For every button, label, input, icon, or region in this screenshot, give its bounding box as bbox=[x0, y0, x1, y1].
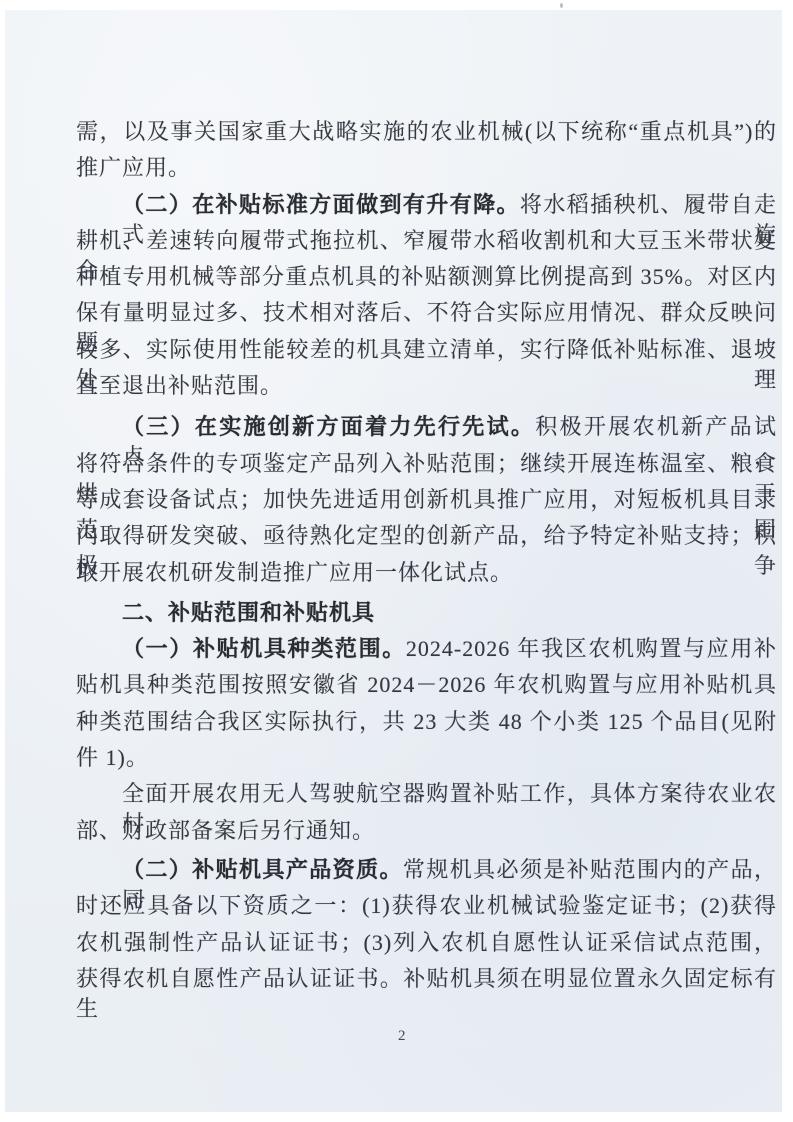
scan-artifact bbox=[560, 3, 563, 8]
text-line: 将符合条件的专项鉴定产品列入补贴范围；继续开展连栋温室、粮食烘干 bbox=[76, 449, 777, 485]
section-heading: （二）在补贴标准方面做到有升有降。 bbox=[122, 192, 520, 217]
scan-artifact bbox=[750, 898, 754, 901]
text-line: 耕机、差速转向履带式拖拉机、窄履带水稻收割机和大豆玉米带状复合 bbox=[76, 226, 777, 262]
line-text: 件 1)。 bbox=[76, 745, 149, 770]
text-line: （三）在实施创新方面着力先行先试。积极开展农机新产品试点， bbox=[76, 412, 777, 448]
text-line: 获得农机自愿性产品认证证书。补贴机具须在明显位置永久固定标有生 bbox=[76, 964, 777, 1000]
scan-frame: 需，以及事关国家重大战略实施的农业机械(以下统称“重点机具”)的推广应用。（二）… bbox=[0, 0, 793, 1122]
line-text: 农机强制性产品认证证书；(3)列入农机自愿性认证采信试点范围， bbox=[76, 930, 777, 955]
text-line: 种植专用机械等部分重点机具的补贴额测算比例提高到 35%。对区内 bbox=[76, 262, 777, 298]
line-text: 2024-2026 年我区农机购置与应用补 bbox=[406, 636, 777, 661]
text-line: 农机强制性产品认证证书；(3)列入农机自愿性认证采信试点范围， bbox=[76, 928, 777, 964]
page-number: 2 bbox=[398, 1028, 406, 1045]
line-text: 种植专用机械等部分重点机具的补贴额测算比例提高到 35%。对区内 bbox=[76, 264, 777, 289]
text-line: 需，以及事关国家重大战略实施的农业机械(以下统称“重点机具”)的 bbox=[76, 117, 777, 153]
document-page: 需，以及事关国家重大战略实施的农业机械(以下统称“重点机具”)的推广应用。（二）… bbox=[5, 10, 782, 1112]
section-heading: （一）补贴机具种类范围。 bbox=[122, 636, 406, 661]
text-line: （二）在补贴标准方面做到有升有降。将水稻插秧机、履带自走式旋 bbox=[76, 190, 777, 226]
text-line: 时还应具备以下资质之一：(1)获得农业机械试验鉴定证书；(2)获得 bbox=[76, 891, 777, 927]
line-text: 直至退出补贴范围。 bbox=[76, 373, 283, 398]
section-heading: 二、补贴范围和补贴机具 bbox=[122, 600, 375, 625]
text-line: 种类范围结合我区实际执行，共 23 大类 48 个小类 125 个品目(见附 bbox=[76, 707, 777, 743]
text-line: 部、财政部备案后另行通知。 bbox=[76, 816, 777, 852]
text-line: 推广应用。 bbox=[76, 153, 777, 189]
text-line: 内取得研发突破、亟待熟化定型的创新产品，给予特定补贴支持；积极争 bbox=[76, 521, 777, 557]
line-text: 取开展农机研发制造推广应用一体化试点。 bbox=[76, 560, 513, 585]
text-line: （一）补贴机具种类范围。2024-2026 年我区农机购置与应用补 bbox=[76, 634, 777, 670]
section-heading: （三）在实施创新方面着力先行先试。 bbox=[122, 414, 535, 439]
text-line: （二）补贴机具产品资质。常规机具必须是补贴范围内的产品，同 bbox=[76, 855, 777, 891]
document-body: 需，以及事关国家重大战略实施的农业机械(以下统称“重点机具”)的推广应用。（二）… bbox=[76, 117, 777, 1000]
section-heading: （二）补贴机具产品资质。 bbox=[122, 857, 403, 882]
text-line: 贴机具种类范围按照安徽省 2024－2026 年农机购置与应用补贴机具 bbox=[76, 670, 777, 706]
line-text: 部、财政部备案后另行通知。 bbox=[76, 818, 375, 843]
line-text: 种类范围结合我区实际执行，共 23 大类 48 个小类 125 个品目(见附 bbox=[76, 709, 777, 734]
line-text: 时还应具备以下资质之一：(1)获得农业机械试验鉴定证书；(2)获得 bbox=[76, 893, 777, 918]
line-text: 需，以及事关国家重大战略实施的农业机械(以下统称“重点机具”)的 bbox=[76, 119, 777, 144]
text-line: 较多、实际使用性能较差的机具建立清单，实行降低补贴标准、退坡处理 bbox=[76, 335, 777, 371]
line-text: 获得农机自愿性产品认证证书。补贴机具须在明显位置永久固定标有生 bbox=[76, 966, 777, 1021]
text-line: 等成套设备试点；加快先进适用创新机具推广应用，对短板机具目录范围 bbox=[76, 485, 777, 521]
text-line: 保有量明显过多、技术相对落后、不符合实际应用情况、群众反映问题 bbox=[76, 298, 777, 334]
text-line: 全面开展农用无人驾驶航空器购置补贴工作，具体方案待农业农村 bbox=[76, 779, 777, 815]
text-line: 件 1)。 bbox=[76, 743, 777, 779]
line-text: 贴机具种类范围按照安徽省 2024－2026 年农机购置与应用补贴机具 bbox=[76, 672, 777, 697]
text-line: 二、补贴范围和补贴机具 bbox=[76, 598, 777, 634]
line-text: 推广应用。 bbox=[76, 155, 191, 180]
